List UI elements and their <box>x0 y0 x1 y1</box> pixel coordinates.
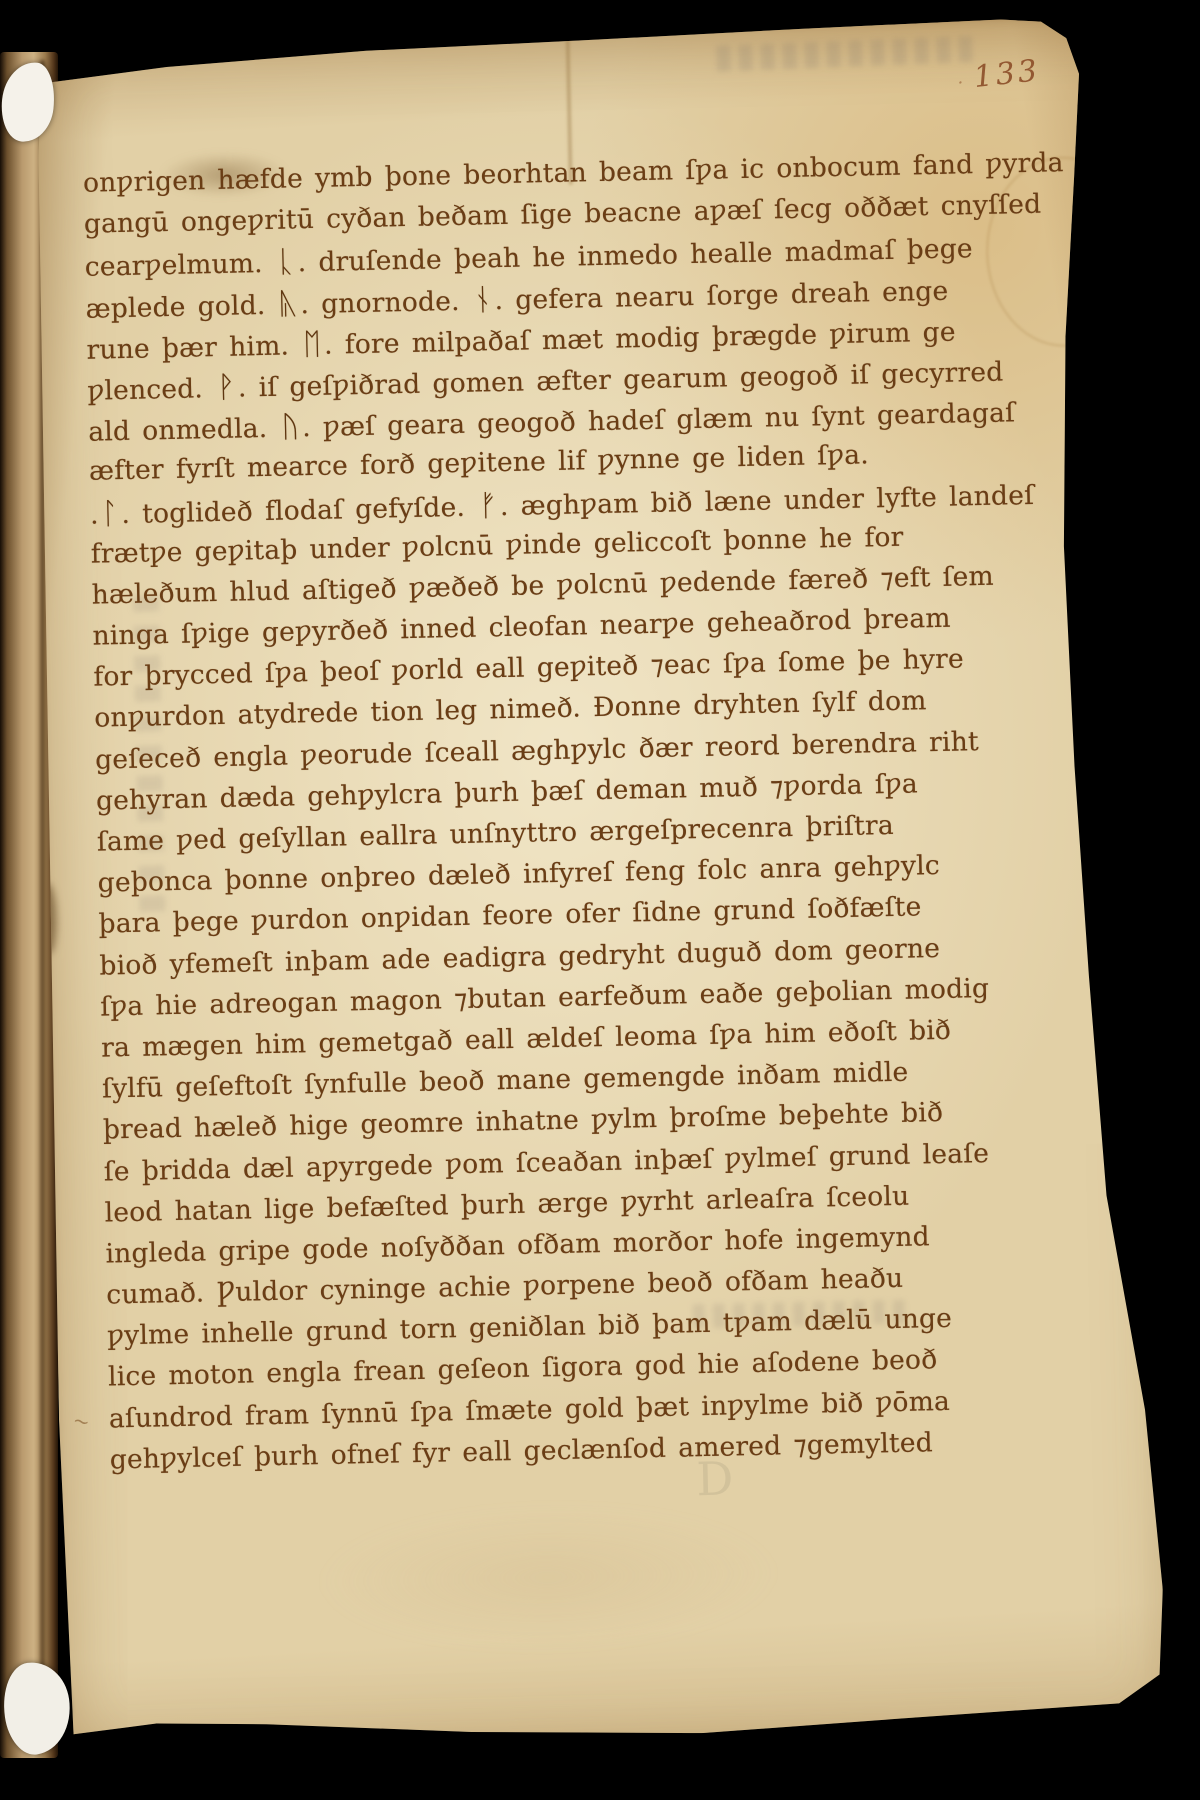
show-through-smudge <box>716 36 977 72</box>
page-number-value: 133 <box>972 53 1042 95</box>
rune-glyph: ᚹ <box>215 368 239 403</box>
rune-glyph: ᛖ <box>301 325 325 360</box>
edge-stain <box>1095 155 1151 456</box>
rune-glyph: ᚣ <box>277 285 301 320</box>
photo-background: ·133 onƿrigen hæfde ymb þone beorhtan be… <box>0 0 1200 1800</box>
marginal-mark: ~ <box>70 1407 92 1434</box>
parchment-stain <box>317 1503 780 1653</box>
page-number: ·133 <box>955 53 1041 97</box>
manuscript-page: ·133 onƿrigen hæfde ymb þone beorhtan be… <box>26 14 1182 1765</box>
rune-glyph: ᚾ <box>471 281 495 316</box>
rune-glyph: ᚠ <box>477 487 501 522</box>
rune-glyph: ᚢ <box>279 408 303 443</box>
page-number-flourish: · <box>957 71 976 94</box>
rune-glyph: ᚳ <box>274 244 298 279</box>
drypoint-mark: D <box>696 1451 734 1506</box>
rune-glyph: ᛚ <box>98 495 122 530</box>
text-block: onƿrigen hæfde ymb þone beorhtan beam ſƿ… <box>83 142 1078 1480</box>
